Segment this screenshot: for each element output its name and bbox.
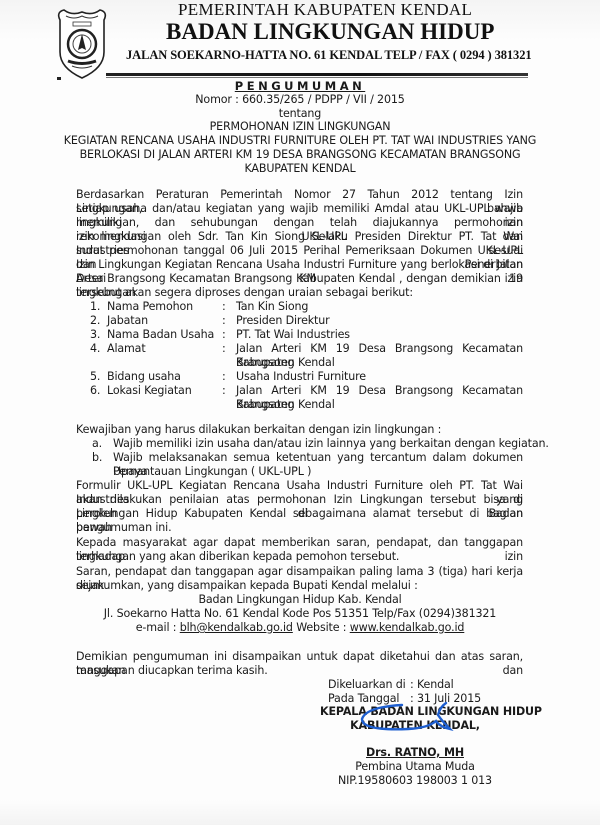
announcement-page: PEMERINTAH KABUPATEN KENDAL BADAN LINGKU… xyxy=(0,0,600,825)
website-link[interactable]: www.kendalkab.go.id xyxy=(350,621,465,634)
detail-number: 2. xyxy=(90,314,100,328)
obligations-heading: Kewajiban yang harus dilakukan berkaitan… xyxy=(76,423,441,437)
detail-separator: : xyxy=(222,384,226,398)
closing-line: tanggapan diucapkan terima kasih. xyxy=(76,664,268,678)
subject-line-2: KEGIATAN RENCANA USAHA INDUSTRI FURNITUR… xyxy=(60,134,540,148)
detail-number: 4. xyxy=(90,342,100,356)
subject-line-4: KABUPATEN KENDAL xyxy=(60,162,540,176)
letterhead-rule-thin xyxy=(106,77,528,78)
detail-label: Lokasi Kegiatan xyxy=(107,384,192,398)
detail-value-continued: Kabupaten Kendal xyxy=(236,356,335,370)
detail-value: Presiden Direktur xyxy=(236,314,330,328)
obligation-text: Pemantauan Lingkungan ( UKL-UPL ) xyxy=(113,465,311,479)
detail-separator: : xyxy=(222,370,226,384)
about-label: tentang xyxy=(60,107,540,121)
contact-address: Jl. Soekarno Hatta No. 61 Kendal Kode Po… xyxy=(60,607,540,621)
document-title: PENGUMUMAN xyxy=(60,79,540,93)
contact-agency: Badan Lingkungan Hidup Kab. Kendal xyxy=(60,593,540,607)
detail-value: Usaha Industri Furniture xyxy=(236,370,366,384)
detail-label: Alamat xyxy=(107,342,146,356)
letterhead-address: JALAN SOEKARNO-HATTA NO. 61 KENDAL TELP … xyxy=(126,48,586,63)
detail-number: 5. xyxy=(90,370,100,384)
detail-separator: : xyxy=(222,300,226,314)
subject-line-1: PERMOHONAN IZIN LINGKUNGAN xyxy=(60,120,540,134)
detail-separator: : xyxy=(222,342,226,356)
signatory-rank: Pembina Utama Muda xyxy=(320,760,510,774)
detail-number: 6. xyxy=(90,384,100,398)
document-number: Nomor : 660.35/265 / PDPP / VII / 2015 xyxy=(60,93,540,107)
obligation-text: Wajib memiliki izin usaha dan/atau izin … xyxy=(113,437,549,451)
form-line: pengumuman ini. xyxy=(76,521,171,535)
email-label: e-mail : xyxy=(136,621,180,634)
issued-place-label: Dikeluarkan di xyxy=(328,678,406,692)
kendal-crest-icon xyxy=(52,6,112,82)
obligation-mark: b. xyxy=(92,451,102,465)
letterhead-rule xyxy=(106,73,528,76)
signatory-nip: NIP.19580603 198003 1 013 xyxy=(300,774,530,788)
detail-label: Nama Badan Usaha xyxy=(107,328,214,342)
email-link[interactable]: blh@kendalkab.go.id xyxy=(180,621,293,634)
detail-value-continued: Kabupaten Kendal xyxy=(236,398,335,412)
detail-label: Jabatan xyxy=(107,314,148,328)
detail-value: Tan Kin Siong xyxy=(236,300,308,314)
public-line: lingkungan yang akan diberikan kepada pe… xyxy=(76,550,399,564)
detail-separator: : xyxy=(222,328,226,342)
issued-place-value: : Kendal xyxy=(410,678,454,692)
intro-line: tersebut akan segera diproses dengan ura… xyxy=(76,286,413,300)
letterhead-agency: BADAN LINGKUNGAN HIDUP xyxy=(166,19,600,45)
detail-value: PT. Tat Wai Industries xyxy=(236,328,350,342)
detail-label: Nama Pemohon xyxy=(107,300,193,314)
signature-icon xyxy=(358,701,458,737)
signatory-name: Drs. RATNO, MH xyxy=(320,746,510,760)
obligation-mark: a. xyxy=(92,437,102,451)
deadline-line: diumumkan, yang disampaikan kepada Bupat… xyxy=(76,579,418,593)
detail-label: Bidang usaha xyxy=(107,370,181,384)
website-label: Website : xyxy=(293,621,350,634)
subject-line-3: BERLOKASI DI JALAN ARTERI KM 19 DESA BRA… xyxy=(60,148,540,162)
detail-number: 3. xyxy=(90,328,100,342)
detail-separator: : xyxy=(222,314,226,328)
detail-number: 1. xyxy=(90,300,100,314)
letterhead-government: PEMERINTAH KABUPATEN KENDAL xyxy=(178,0,600,20)
contact-links: e-mail : blh@kendalkab.go.id Website : w… xyxy=(60,621,540,635)
